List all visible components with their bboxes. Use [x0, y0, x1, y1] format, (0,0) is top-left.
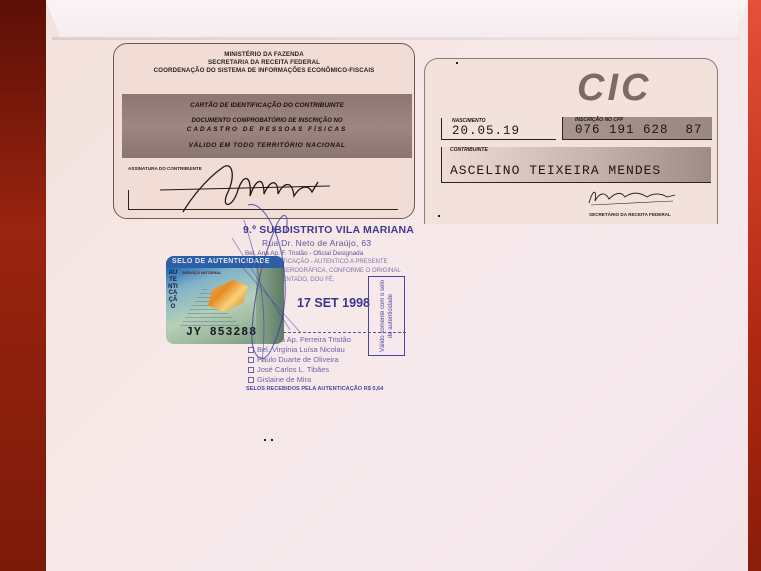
authentication-date: 17 SET 1998 — [297, 296, 370, 310]
notary-office-title: 9.º SUBDISTRITO VILA MARIANA — [243, 224, 414, 236]
card-validity-line: VÁLIDO EM TODO TERRITÓRIO NACIONAL — [122, 142, 412, 149]
coordination-line: COORDENAÇÃO DO SISTEMA DE INFORMAÇÕES EC… — [114, 67, 414, 75]
taxpayer-name-field: CONTRIBUINTE ASCELINO TEIXEIRA MENDES — [441, 147, 711, 183]
signature-box-edge — [128, 190, 129, 210]
checkbox-icon — [248, 347, 254, 353]
secretary-label: SECRETÁRIO DA RECEITA FEDERAL — [589, 212, 671, 217]
hologram-icon — [208, 280, 250, 312]
checkbox-icon — [248, 377, 254, 383]
secretary-signature-icon — [585, 187, 680, 207]
paper-speck — [438, 215, 440, 217]
card-registry-line: CADASTRO DE PESSOAS FÍSICAS — [122, 126, 412, 133]
cic-card-back: CIC NASCIMENTO 20.05.19 INSCRIÇÃO NO CPF… — [424, 58, 718, 224]
notary-name-item: Paulo Duarte de Oliveira — [248, 355, 351, 365]
taxpayer-name-label: CONTRIBUINTE — [450, 147, 711, 153]
card-header: MINISTÉRIO DA FAZENDA SECRETARIA DA RECE… — [114, 51, 414, 75]
card-description-line: DOCUMENTO COMPROBATÓRIO DE INSCRIÇÃO NO — [122, 118, 412, 124]
taxpayer-name-value: ASCELINO TEIXEIRA MENDES — [450, 163, 711, 178]
notary-name-item: José Carlos L. Tibães — [248, 365, 351, 375]
validity-box: Válido somente com o selo de autenticida… — [368, 276, 405, 356]
paper-speck — [264, 439, 266, 441]
paper-speck — [456, 62, 458, 64]
checkbox-icon — [248, 357, 254, 363]
cpf-value: 076 191 628 87 — [575, 123, 712, 137]
authenticity-seal: SELO DE AUTENTICIDADE AUTENTICAÇÃO SERVI… — [166, 256, 284, 344]
notary-name-item: Bel. Virgínia Luísa Nicolau — [248, 345, 351, 355]
signature-label: ASSINATURA DO CONTRIBUINTE — [128, 166, 202, 171]
fold-shadow — [52, 37, 740, 40]
paper-speck — [271, 439, 273, 441]
backdrop-left — [0, 0, 48, 571]
card-title: CARTÃO DE IDENTIFICAÇÃO DO CONTRIBUINTE — [122, 102, 412, 109]
cic-title: CIC — [577, 67, 651, 110]
notary-address: Rua Dr. Neto de Araújo, 63 — [262, 238, 371, 248]
card-info-band: CARTÃO DE IDENTIFICAÇÃO DO CONTRIBUINTE … — [122, 94, 412, 158]
validity-text: Válido somente com o selo de autenticida… — [379, 278, 395, 354]
birth-date-value: 20.05.19 — [452, 124, 556, 138]
taxpayer-id-card-front: MINISTÉRIO DA FAZENDA SECRETARIA DA RECE… — [113, 43, 415, 219]
ministry-line: MINISTÉRIO DA FAZENDA — [114, 51, 414, 59]
seal-serial-number: JY 853288 — [186, 326, 257, 339]
birth-date-field: NASCIMENTO 20.05.19 — [441, 118, 556, 140]
seal-vertical-text: AUTENTICAÇÃO — [168, 270, 178, 311]
checkbox-icon — [248, 367, 254, 373]
folded-top-flap — [46, 0, 748, 38]
stamp-fee-footer: SELOS RECEBIDOS PELA AUTENTICAÇÃO R$ 0,6… — [246, 386, 383, 392]
seal-header: SELO DE AUTENTICIDADE — [166, 256, 284, 268]
backdrop-right — [747, 0, 761, 571]
signature-line — [128, 209, 398, 210]
secretariat-line: SECRETARIA DA RECEITA FEDERAL — [114, 59, 414, 67]
seal-service-text: SERVIÇO NOTARIAL — [182, 271, 221, 276]
seal-side-panel — [256, 268, 284, 344]
notary-name-item: Gislaine de Mira — [248, 375, 351, 385]
cpf-field: INSCRIÇÃO NO CPF 076 191 628 87 — [562, 117, 712, 140]
